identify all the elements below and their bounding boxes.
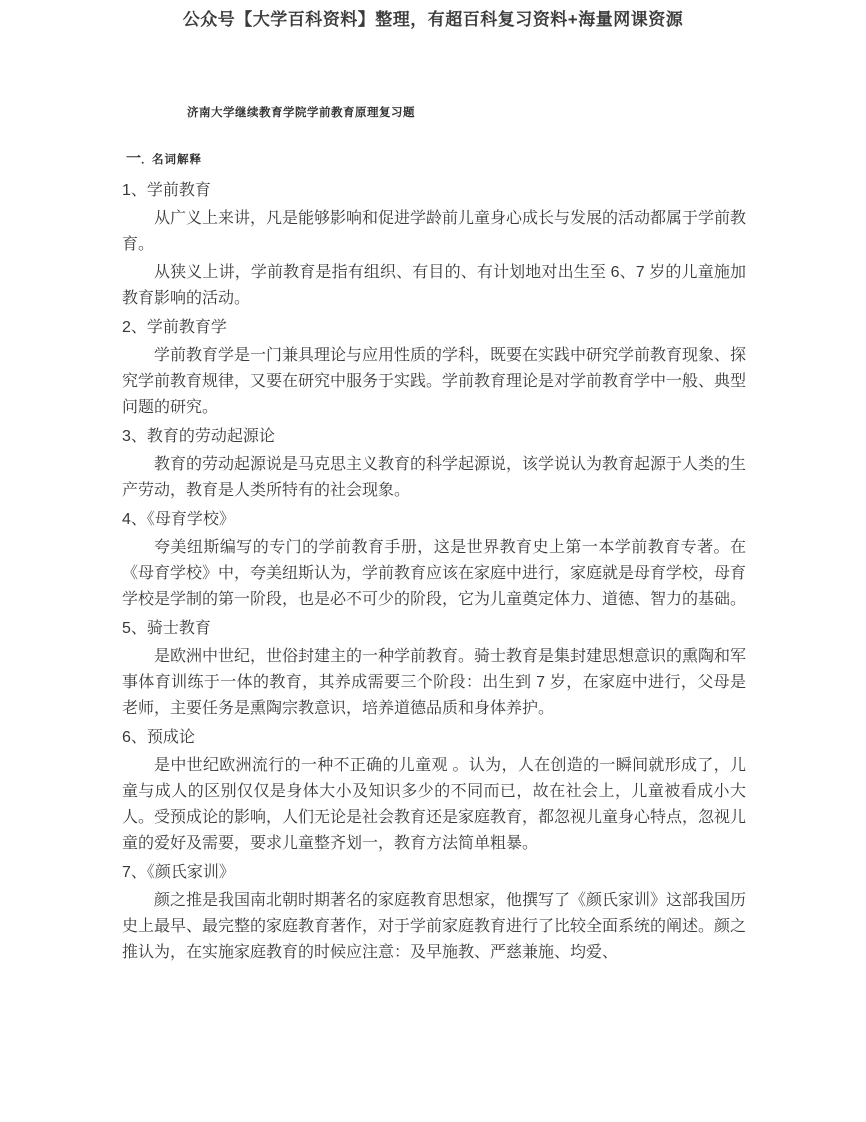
term-paragraph: 从广义上来讲，凡是能够影响和促进学龄前儿童身心成长与发展的活动都属于学前教育。 bbox=[122, 206, 746, 258]
section-heading: 一．名词解释 bbox=[126, 147, 866, 168]
page-header-note: 公众号【大学百科资料】整理，有超百科复习资料+海量网课资源 bbox=[0, 0, 866, 30]
section-label: 名词解释 bbox=[152, 154, 202, 166]
document-page: 公众号【大学百科资料】整理，有超百科复习资料+海量网课资源 济南大学继续教育学院… bbox=[0, 0, 866, 1122]
term-title: 5、骑士教育 bbox=[122, 616, 746, 642]
term-paragraph: 颜之推是我国南北朝时期著名的家庭教育思想家，他撰写了《颜氏家训》这部我国历史上最… bbox=[122, 888, 746, 966]
term-block: 7、《颜氏家训》 颜之推是我国南北朝时期著名的家庭教育思想家，他撰写了《颜氏家训… bbox=[122, 860, 746, 966]
term-paragraph: 教育的劳动起源说是马克思主义教育的科学起源说，该学说认为教育起源于人类的生产劳动… bbox=[122, 452, 746, 504]
term-block: 1、学前教育 从广义上来讲，凡是能够影响和促进学龄前儿童身心成长与发展的活动都属… bbox=[122, 178, 746, 312]
term-block: 5、骑士教育 是欧洲中世纪，世俗封建主的一种学前教育。骑士教育是集封建思想意识的… bbox=[122, 616, 746, 722]
term-title: 1、学前教育 bbox=[122, 178, 746, 204]
term-title: 6、预成论 bbox=[122, 725, 746, 751]
term-paragraph: 从狭义上讲，学前教育是指有组织、有目的、有计划地对出生至 6、7 岁的儿童施加教… bbox=[122, 260, 746, 312]
term-block: 2、学前教育学 学前教育学是一门兼具理论与应用性质的学科，既要在实践中研究学前教… bbox=[122, 315, 746, 421]
term-title: 2、学前教育学 bbox=[122, 315, 746, 341]
term-title: 3、教育的劳动起源论 bbox=[122, 424, 746, 450]
term-paragraph: 是欧洲中世纪，世俗封建主的一种学前教育。骑士教育是集封建思想意识的熏陶和军事体育… bbox=[122, 644, 746, 722]
section-numeral: 一 bbox=[126, 150, 141, 167]
section-separator: ． bbox=[141, 154, 152, 166]
term-block: 4、《母育学校》 夸美纽斯编写的专门的学前教育手册，这是世界教育史上第一本学前教… bbox=[122, 507, 746, 613]
term-title: 7、《颜氏家训》 bbox=[122, 860, 746, 886]
term-paragraph: 夸美纽斯编写的专门的学前教育手册，这是世界教育史上第一本学前教育专著。在《母育学… bbox=[122, 535, 746, 613]
term-title: 4、《母育学校》 bbox=[122, 507, 746, 533]
terms-list: 1、学前教育 从广义上来讲，凡是能够影响和促进学龄前儿童身心成长与发展的活动都属… bbox=[122, 178, 746, 966]
term-block: 6、预成论 是中世纪欧洲流行的一种不正确的儿童观 。认为，人在创造的一瞬间就形成… bbox=[122, 725, 746, 857]
term-block: 3、教育的劳动起源论 教育的劳动起源说是马克思主义教育的科学起源说，该学说认为教… bbox=[122, 424, 746, 504]
term-paragraph: 是中世纪欧洲流行的一种不正确的儿童观 。认为，人在创造的一瞬间就形成了，儿童与成… bbox=[122, 753, 746, 857]
term-paragraph: 学前教育学是一门兼具理论与应用性质的学科，既要在实践中研究学前教育现象、探究学前… bbox=[122, 343, 746, 421]
document-title: 济南大学继续教育学院学前教育原理复习题 bbox=[187, 104, 866, 120]
